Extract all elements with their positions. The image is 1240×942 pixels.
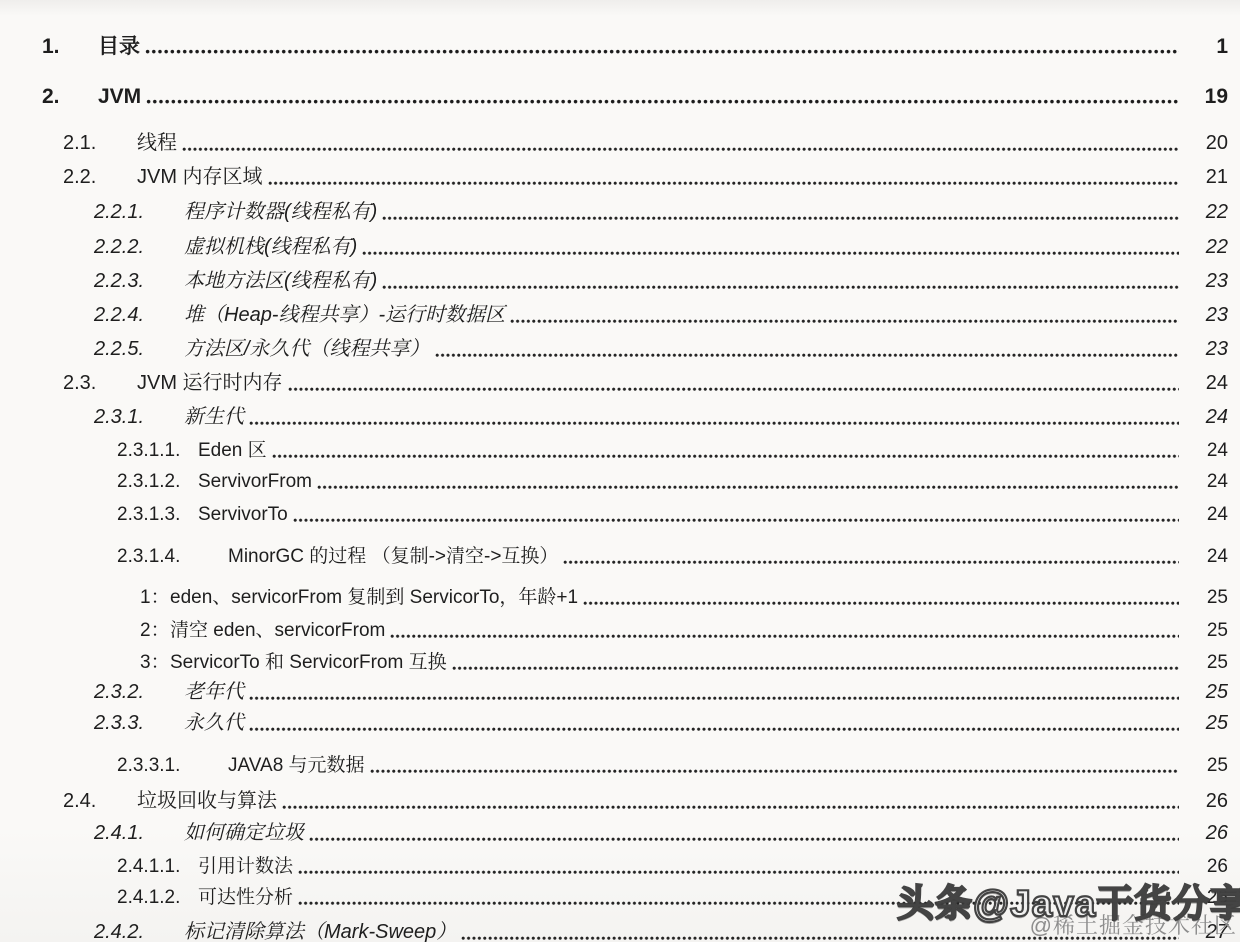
toc-entry-page: 26 <box>1182 820 1228 847</box>
toc-entry-label: 引用计数法 <box>198 853 293 880</box>
toc-entry: 2.3.1.3.ServivorTo24 <box>0 501 1228 528</box>
toc-entry-number: 2.3.2. <box>94 679 184 706</box>
toc-entry: 2.4.垃圾回收与算法26 <box>0 788 1228 815</box>
toc-entry: 2.3.3.1.JAVA8 与元数据25 <box>0 752 1228 779</box>
toc-leader-dots <box>249 696 1179 701</box>
toc-entry-page: 23 <box>1182 336 1228 363</box>
toc-entry-number: 2.2.5. <box>94 336 184 363</box>
toc-leader-dots <box>583 601 1179 606</box>
table-of-contents: 1.目录12.JVM192.1.线程202.2.JVM 内存区域212.2.1.… <box>0 0 1240 942</box>
toc-entry: 2.2.2.虚拟机栈(线程私有)22 <box>0 234 1228 261</box>
toc-entry-number: 1： <box>140 584 170 611</box>
toc-entry-page: 25 <box>1182 752 1228 779</box>
toc-entry-page: 24 <box>1182 370 1228 397</box>
toc-entry-page: 26 <box>1182 788 1228 815</box>
toc-entry-number: 2.4.1.2. <box>117 884 198 911</box>
toc-leader-dots <box>382 216 1179 221</box>
toc-leader-dots <box>563 560 1179 565</box>
toc-entry-page: 25 <box>1182 584 1228 611</box>
toc-leader-dots <box>272 454 1179 459</box>
toc-entry-page: 1 <box>1182 33 1228 60</box>
toc-leader-dots <box>249 421 1179 426</box>
toc-entry-page: 21 <box>1182 164 1228 191</box>
toc-leader-dots <box>145 49 1179 55</box>
toc-entry-page: 23 <box>1182 268 1228 295</box>
toc-entry-number: 2.3.1.4. <box>117 543 228 570</box>
toc-entry: 2.2.3.本地方法区(线程私有)23 <box>0 268 1228 295</box>
toc-entry-label: 垃圾回收与算法 <box>137 788 277 815</box>
toc-entry-label: 老年代 <box>184 679 244 706</box>
toc-entry-label: 程序计数器(线程私有) <box>184 199 377 226</box>
toc-entry-number: 3： <box>140 649 170 676</box>
toc-entry-page: 20 <box>1182 130 1228 157</box>
toc-entry: 2.3.1.2.ServivorFrom24 <box>0 468 1228 495</box>
toc-entry-label: 清空 eden、servicorFrom <box>170 617 385 644</box>
toc-entry: 2.2.JVM 内存区域21 <box>0 164 1228 191</box>
toc-entry-label: 目录 <box>98 33 140 60</box>
toc-entry-number: 2.2.4. <box>94 302 184 329</box>
toc-entry-number: 2.4. <box>63 788 137 815</box>
toc-entry-label: 方法区/永久代（线程共享） <box>184 336 430 363</box>
toc-entry-page: 22 <box>1182 234 1228 261</box>
toc-entry-number: 2.2.3. <box>94 268 184 295</box>
toc-entry-label: Eden 区 <box>198 437 267 464</box>
toc-entry-number: 2.4.1. <box>94 820 184 847</box>
toc-entry-page: 24 <box>1182 437 1228 464</box>
toc-entry-label: 本地方法区(线程私有) <box>184 268 377 295</box>
toc-entry: 2：清空 eden、servicorFrom25 <box>0 617 1228 644</box>
toc-entry-page: 25 <box>1182 679 1228 706</box>
toc-entry-number: 2： <box>140 617 170 644</box>
toc-entry-page: 24 <box>1182 404 1228 431</box>
toc-entry-number: 2.4.1.1. <box>117 853 198 880</box>
toc-entry: 1.目录1 <box>0 33 1228 60</box>
toc-leader-dots <box>382 285 1179 290</box>
toc-entry: 2.JVM19 <box>0 83 1228 110</box>
toc-entry-number: 2.3.1.1. <box>117 437 198 464</box>
toc-entry-label: 如何确定垃圾 <box>184 820 304 847</box>
toc-entry-label: 标记清除算法（Mark-Sweep） <box>184 919 456 942</box>
toc-entry-page: 19 <box>1182 83 1228 110</box>
toc-entry-number: 2.2.1. <box>94 199 184 226</box>
toc-entry-number: 2.3.1.2. <box>117 468 198 495</box>
toc-entry: 2.1.线程20 <box>0 130 1228 157</box>
toc-leader-dots <box>249 727 1179 732</box>
toc-entry-number: 2.3.1. <box>94 404 184 431</box>
toc-leader-dots <box>268 181 1179 186</box>
toc-entry-label: ServivorFrom <box>198 468 312 495</box>
toc-entry-number: 2.4.2. <box>94 919 184 942</box>
toc-leader-dots <box>362 251 1179 256</box>
toc-entry: 2.4.1.如何确定垃圾26 <box>0 820 1228 847</box>
toc-leader-dots <box>390 634 1179 639</box>
toc-entry-label: MinorGC 的过程 （复制->清空->互换） <box>228 543 558 570</box>
toc-leader-dots <box>317 485 1179 490</box>
toc-entry-label: JVM 运行时内存 <box>137 370 283 397</box>
toc-entry: 2.3.2.老年代25 <box>0 679 1228 706</box>
toc-entry-page: 22 <box>1182 199 1228 226</box>
toc-entry-number: 2.2. <box>63 164 137 191</box>
toc-entry: 2.2.5.方法区/永久代（线程共享）23 <box>0 336 1228 363</box>
toc-entry-page: 24 <box>1182 543 1228 570</box>
toc-entry-label: JAVA8 与元数据 <box>228 752 365 779</box>
toc-leader-dots <box>182 147 1179 152</box>
toc-entry-page: 23 <box>1182 302 1228 329</box>
toc-entry-label: 可达性分析 <box>198 884 293 911</box>
toc-entry-page: 24 <box>1182 468 1228 495</box>
toc-entry-number: 1. <box>42 33 98 60</box>
toc-leader-dots <box>370 769 1179 774</box>
toc-entry-number: 2.1. <box>63 130 137 157</box>
toc-entry: 2.2.4.堆（Heap-线程共享）-运行时数据区23 <box>0 302 1228 329</box>
toc-entry: 3：ServicorTo 和 ServicorFrom 互换25 <box>0 649 1228 676</box>
toc-entry-label: 虚拟机栈(线程私有) <box>184 234 357 261</box>
toc-entry: 2.3.JVM 运行时内存24 <box>0 370 1228 397</box>
toc-entry-label: ServicorTo 和 ServicorFrom 互换 <box>170 649 447 676</box>
toc-leader-dots <box>288 387 1179 392</box>
toc-entry-number: 2.3.3.1. <box>117 752 228 779</box>
toc-entry-label: eden、servicorFrom 复制到 ServicorTo，年龄+1 <box>170 584 578 611</box>
toc-leader-dots <box>435 353 1179 358</box>
toc-leader-dots <box>452 666 1179 671</box>
toc-entry-number: 2.3.1.3. <box>117 501 198 528</box>
toc-leader-dots <box>282 805 1179 810</box>
toc-entry-label: JVM <box>98 83 141 110</box>
toc-entry-page: 25 <box>1182 649 1228 676</box>
toc-entry: 2.2.1.程序计数器(线程私有)22 <box>0 199 1228 226</box>
toc-entry-page: 25 <box>1182 710 1228 737</box>
toc-entry: 1：eden、servicorFrom 复制到 ServicorTo，年龄+12… <box>0 584 1228 611</box>
toc-entry: 2.3.1.新生代24 <box>0 404 1228 431</box>
toc-leader-dots <box>293 518 1179 523</box>
toc-entry-number: 2. <box>42 83 98 110</box>
toc-entry-label: 新生代 <box>184 404 244 431</box>
document-page: 1.目录12.JVM192.1.线程202.2.JVM 内存区域212.2.1.… <box>0 0 1240 942</box>
toc-entry-label: 永久代 <box>184 710 244 737</box>
toc-entry-label: ServivorTo <box>198 501 288 528</box>
toc-entry: 2.3.1.4.MinorGC 的过程 （复制->清空->互换）24 <box>0 543 1228 570</box>
toc-leader-dots <box>146 99 1179 105</box>
toc-entry-label: 堆（Heap-线程共享）-运行时数据区 <box>184 302 505 329</box>
toc-entry: 2.3.1.1.Eden 区24 <box>0 437 1228 464</box>
toc-entry-number: 2.3.3. <box>94 710 184 737</box>
toc-entry-label: 线程 <box>137 130 177 157</box>
toc-entry-label: JVM 内存区域 <box>137 164 263 191</box>
toc-entry-page: 25 <box>1182 617 1228 644</box>
toc-entry-number: 2.3. <box>63 370 137 397</box>
toc-leader-dots <box>510 319 1179 324</box>
watermark-toutiao-java: 头条@Java干货分享 <box>897 873 1240 927</box>
toc-leader-dots <box>309 837 1179 842</box>
toc-entry: 2.3.3.永久代25 <box>0 710 1228 737</box>
toc-entry-page: 24 <box>1182 501 1228 528</box>
toc-entry-number: 2.2.2. <box>94 234 184 261</box>
